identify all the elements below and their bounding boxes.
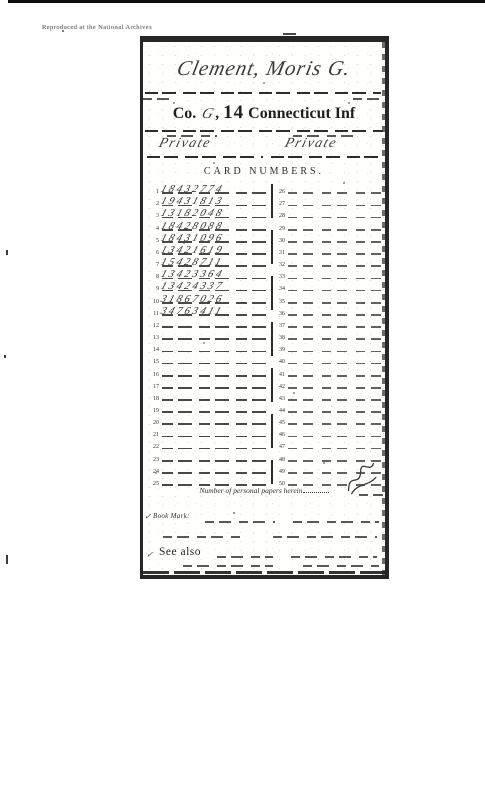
card-number-row: 41 bbox=[275, 366, 383, 378]
row-rule bbox=[288, 278, 383, 280]
card-number-row: 4 18428088 bbox=[149, 220, 271, 232]
rule-segment bbox=[205, 521, 275, 523]
card-number-row: 11 34763411 bbox=[149, 306, 271, 318]
row-rule bbox=[288, 229, 383, 231]
row-number: 8 bbox=[149, 274, 159, 280]
row-rule bbox=[162, 411, 271, 413]
unit-underline bbox=[145, 130, 383, 132]
rule-segment bbox=[183, 565, 273, 567]
row-number: 12 bbox=[149, 323, 159, 329]
card-number-row: 46 bbox=[275, 427, 383, 439]
row-number: 24 bbox=[149, 469, 159, 475]
row-number: 26 bbox=[275, 189, 285, 195]
row-rule bbox=[288, 302, 383, 304]
regiment-number: 14 bbox=[223, 102, 244, 123]
row-number: 13 bbox=[149, 335, 159, 341]
card-number-row: 13 bbox=[149, 330, 271, 342]
row-rule bbox=[288, 217, 383, 219]
card-number-row: 8 13423364 bbox=[149, 269, 271, 281]
unit-designation: Co. G, 14 Connecticut Inf bbox=[143, 102, 385, 124]
rule-segment bbox=[353, 98, 383, 100]
row-number: 4 bbox=[149, 226, 159, 232]
rule-segment bbox=[303, 565, 379, 567]
row-number: 2 bbox=[149, 201, 159, 207]
row-rule bbox=[162, 387, 271, 389]
row-number: 17 bbox=[149, 384, 159, 390]
row-rule bbox=[162, 472, 271, 474]
book-mark-label: Book Mark: bbox=[153, 512, 190, 520]
card-numbers-heading: CARD NUMBERS. bbox=[143, 166, 385, 177]
row-rule bbox=[162, 399, 271, 401]
card-number-row: 10 31867026 bbox=[149, 293, 271, 305]
rank-out-underline bbox=[271, 156, 383, 158]
rule-segment bbox=[291, 556, 377, 558]
row-number: 1 bbox=[149, 189, 159, 195]
card-number-row: 28 bbox=[275, 208, 383, 220]
card-number-row: 34 bbox=[275, 281, 383, 293]
row-number: 40 bbox=[275, 359, 285, 365]
card-number-value-handwritten: 15428711 bbox=[159, 257, 225, 268]
row-rule bbox=[288, 351, 383, 353]
row-number: 27 bbox=[275, 201, 285, 207]
card-number-row: 42 bbox=[275, 379, 383, 391]
scan-speck bbox=[62, 30, 64, 32]
card-number-row: 16 bbox=[149, 366, 271, 378]
row-number: 20 bbox=[149, 420, 159, 426]
card-numbers-right-column: 26 27 28 29 30 bbox=[275, 184, 383, 488]
card-number-value-handwritten: 31867026 bbox=[159, 294, 225, 305]
card-number-row: 26 bbox=[275, 184, 383, 196]
card-number-value-handwritten: 34763411 bbox=[159, 306, 225, 317]
row-number: 22 bbox=[149, 444, 159, 450]
card-number-row: 5 18431096 bbox=[149, 233, 271, 245]
row-number: 47 bbox=[275, 444, 285, 450]
dotted-leader bbox=[303, 492, 329, 493]
card-number-value-handwritten: 13421619 bbox=[159, 245, 225, 256]
card-number-row: 44 bbox=[275, 403, 383, 415]
card-number-row: 27 bbox=[275, 196, 383, 208]
pen-check-mark: ✓ bbox=[145, 550, 155, 559]
rank-in-underline bbox=[147, 156, 263, 158]
rule-segment bbox=[163, 536, 243, 538]
rule-segment bbox=[217, 556, 273, 558]
card-number-row: 24 bbox=[149, 464, 271, 476]
row-number: 19 bbox=[149, 408, 159, 414]
rule-segment bbox=[143, 98, 169, 100]
row-rule bbox=[162, 326, 271, 328]
card-number-row: 6 13421619 bbox=[149, 245, 271, 257]
card-number-row: 29 bbox=[275, 220, 383, 232]
row-number: 14 bbox=[149, 347, 159, 353]
soldier-name-handwritten: Clement, Moris G. bbox=[140, 56, 387, 81]
card-number-value-handwritten: 18432774 bbox=[159, 184, 225, 195]
row-rule bbox=[162, 375, 271, 377]
row-number: 38 bbox=[275, 335, 285, 341]
card-number-row: 14 bbox=[149, 342, 271, 354]
scan-noise bbox=[143, 42, 145, 44]
row-number: 35 bbox=[275, 299, 285, 305]
rank-in-handwritten: Private bbox=[157, 136, 213, 152]
personal-papers-line: Number of personal papers herein bbox=[169, 486, 359, 495]
row-rule bbox=[288, 411, 383, 413]
personal-papers-label: Number of personal papers herein bbox=[199, 486, 302, 495]
card-number-value-handwritten: 19431813 bbox=[159, 196, 225, 207]
card-number-row: 15 bbox=[149, 354, 271, 366]
row-number: 6 bbox=[149, 250, 159, 256]
card-number-row: 3 13182048 bbox=[149, 208, 271, 220]
row-number: 23 bbox=[149, 457, 159, 463]
card-number-value-handwritten: 13182048 bbox=[159, 208, 225, 219]
row-number: 15 bbox=[149, 359, 159, 365]
row-number: 29 bbox=[275, 226, 285, 232]
row-rule bbox=[288, 448, 383, 450]
card-number-row: 1 18432774 bbox=[149, 184, 271, 196]
row-rule bbox=[162, 460, 271, 462]
card-number-row: 9 13424337 bbox=[149, 281, 271, 293]
row-number: 39 bbox=[275, 347, 285, 353]
row-number: 31 bbox=[275, 250, 285, 256]
card-number-row: 39 bbox=[275, 342, 383, 354]
row-rule bbox=[288, 253, 383, 255]
card-number-row: 47 bbox=[275, 439, 383, 451]
row-number: 48 bbox=[275, 457, 285, 463]
row-rule bbox=[288, 205, 383, 207]
row-rule bbox=[162, 448, 271, 450]
row-rule bbox=[288, 326, 383, 328]
row-number: 16 bbox=[149, 372, 159, 378]
row-number: 21 bbox=[149, 432, 159, 438]
row-number: 33 bbox=[275, 274, 285, 280]
pen-check-mark: ✓ bbox=[143, 512, 153, 521]
row-rule bbox=[288, 387, 383, 389]
service-record-index-card: Clement, Moris G. Co. G, 14 Connecticut … bbox=[140, 36, 389, 579]
row-number: 25 bbox=[149, 481, 159, 487]
company-prefix-label: Co. bbox=[173, 105, 197, 122]
card-number-row: 22 bbox=[149, 439, 271, 451]
row-number: 44 bbox=[275, 408, 285, 414]
card-number-row: 31 bbox=[275, 245, 383, 257]
card-number-row: 37 bbox=[275, 318, 383, 330]
card-number-row: 2 19431813 bbox=[149, 196, 271, 208]
row-number: 3 bbox=[149, 213, 159, 219]
card-number-row: 23 bbox=[149, 451, 271, 463]
card-number-row: 33 bbox=[275, 269, 383, 281]
row-number: 11 bbox=[149, 311, 159, 317]
rule-segment bbox=[359, 494, 383, 496]
card-number-row: 12 bbox=[149, 318, 271, 330]
card-numbers-left-column: 1 18432774 2 19431813 3 13182048 4 18428… bbox=[149, 184, 271, 488]
card-number-row: 32 bbox=[275, 257, 383, 269]
row-rule bbox=[288, 192, 383, 194]
card-number-row: 45 bbox=[275, 415, 383, 427]
rule-segment bbox=[273, 536, 377, 538]
row-number: 36 bbox=[275, 311, 285, 317]
archives-stamp-text: Reproduced at the National Archives bbox=[42, 24, 152, 31]
row-number: 32 bbox=[275, 262, 285, 268]
row-rule bbox=[288, 241, 383, 243]
row-number: 34 bbox=[275, 286, 285, 292]
row-rule bbox=[288, 423, 383, 425]
row-rule bbox=[288, 290, 383, 292]
unit-comma: , bbox=[215, 105, 219, 122]
row-rule bbox=[288, 399, 383, 401]
scan-top-bar bbox=[8, 0, 485, 3]
regiment-name: Connecticut Inf bbox=[248, 105, 355, 122]
row-rule bbox=[288, 265, 383, 267]
column-divider bbox=[271, 184, 273, 484]
card-number-row: 43 bbox=[275, 391, 383, 403]
card-number-row: 17 bbox=[149, 379, 271, 391]
row-number: 28 bbox=[275, 213, 285, 219]
card-bottom-smudge bbox=[143, 571, 385, 574]
rank-out-handwritten: Private bbox=[283, 136, 339, 152]
card-content: Clement, Moris G. Co. G, 14 Connecticut … bbox=[143, 42, 385, 575]
card-number-value-handwritten: 18428088 bbox=[159, 221, 225, 232]
row-number: 41 bbox=[275, 372, 285, 378]
row-rule bbox=[288, 375, 383, 377]
card-number-value-handwritten: 18431096 bbox=[159, 233, 225, 244]
scan-speck bbox=[6, 250, 8, 255]
row-number: 46 bbox=[275, 432, 285, 438]
row-number: 49 bbox=[275, 469, 285, 475]
rule-segment bbox=[293, 521, 379, 523]
see-also-label: See also bbox=[159, 546, 201, 558]
row-number: 7 bbox=[149, 262, 159, 268]
card-number-value-handwritten: 13423364 bbox=[159, 269, 225, 280]
card-number-row: 7 15428711 bbox=[149, 257, 271, 269]
card-number-value-handwritten: 13424337 bbox=[159, 281, 225, 292]
row-rule bbox=[162, 436, 271, 438]
scan-speck bbox=[4, 355, 6, 358]
card-number-row: 38 bbox=[275, 330, 383, 342]
see-also-line: ✓ See also bbox=[147, 546, 385, 562]
row-number: 30 bbox=[275, 238, 285, 244]
row-number: 43 bbox=[275, 396, 285, 402]
card-number-row: 21 bbox=[149, 427, 271, 439]
row-rule bbox=[162, 423, 271, 425]
card-number-row: 30 bbox=[275, 233, 383, 245]
row-number: 45 bbox=[275, 420, 285, 426]
row-rule bbox=[162, 338, 271, 340]
row-number: 10 bbox=[149, 299, 159, 305]
scan-speck bbox=[6, 555, 8, 564]
row-rule bbox=[288, 314, 383, 316]
name-underline bbox=[145, 92, 381, 94]
row-number: 5 bbox=[149, 238, 159, 244]
card-number-row: 19 bbox=[149, 403, 271, 415]
scan-speck bbox=[283, 33, 296, 35]
row-number: 9 bbox=[149, 286, 159, 292]
card-number-row: 36 bbox=[275, 306, 383, 318]
company-letter-handwritten: G bbox=[200, 106, 216, 123]
row-rule bbox=[162, 363, 271, 365]
row-rule bbox=[288, 363, 383, 365]
row-rule bbox=[288, 338, 383, 340]
row-number: 42 bbox=[275, 384, 285, 390]
row-number: 18 bbox=[149, 396, 159, 402]
row-rule bbox=[162, 351, 271, 353]
row-number: 37 bbox=[275, 323, 285, 329]
row-rule bbox=[288, 436, 383, 438]
card-number-row: 40 bbox=[275, 354, 383, 366]
card-number-row: 35 bbox=[275, 293, 383, 305]
card-number-row: 18 bbox=[149, 391, 271, 403]
card-number-row: 20 bbox=[149, 415, 271, 427]
